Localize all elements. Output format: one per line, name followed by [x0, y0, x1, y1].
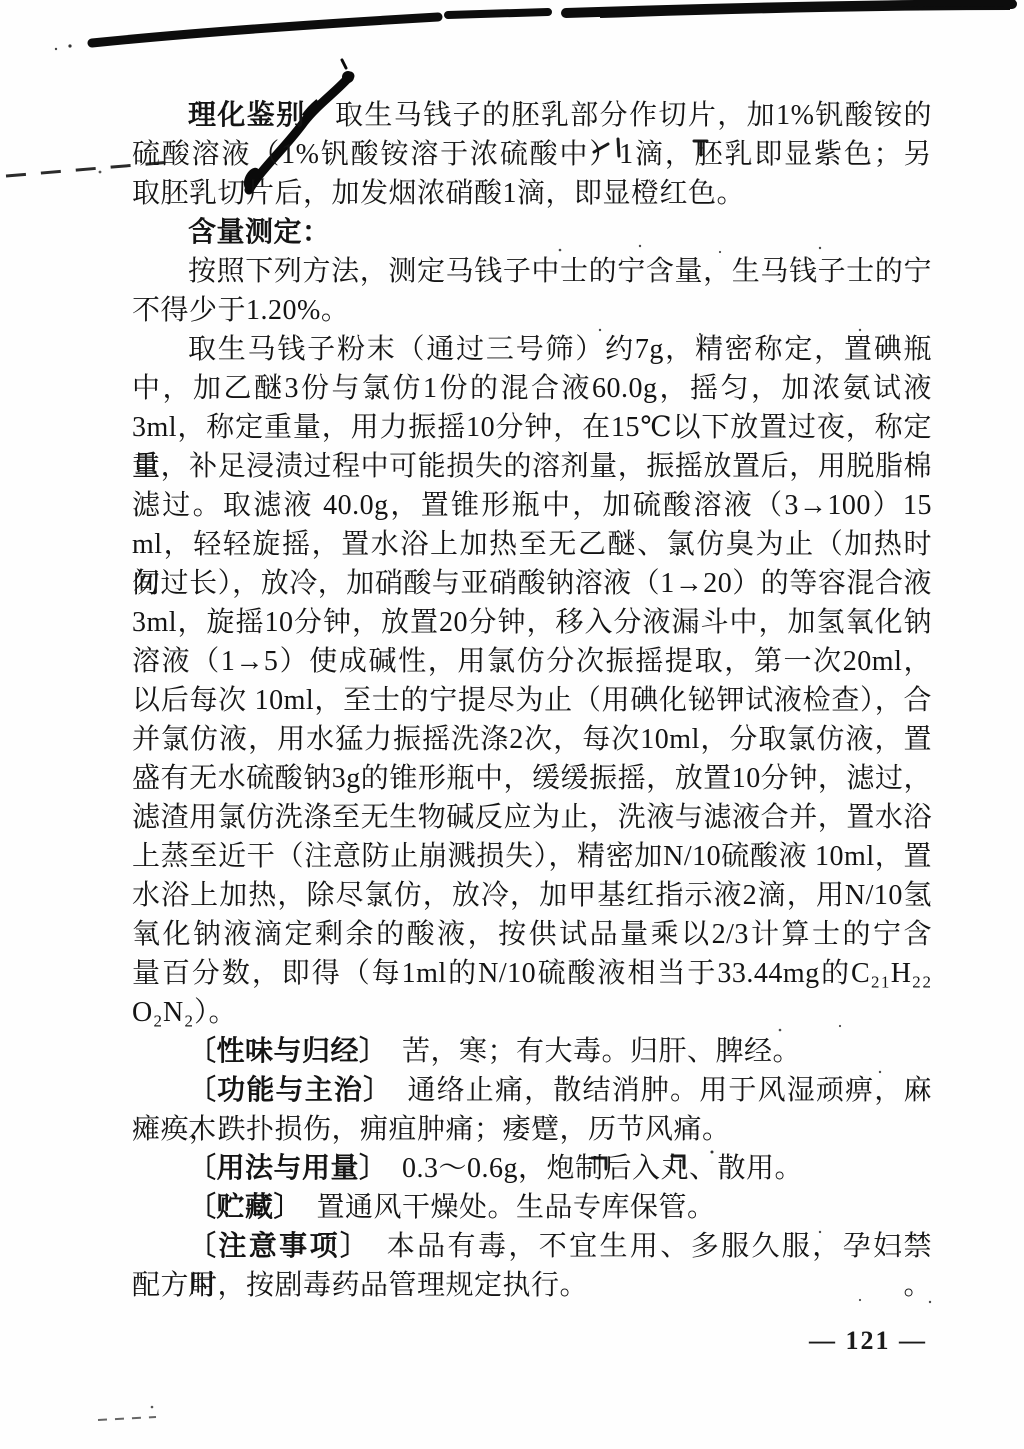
line-text: 滤渣用氯仿洗涤至无生物碱反应为止，洗液与滤液合并，置水浴: [132, 802, 932, 833]
text-line: 硫酸溶液（1%钒酸铵溶于浓硫酸中）1滴，胚乳即显紫色；另: [132, 135, 932, 174]
line-text: 取生马钱子粉末（通过三号筛）约7g，精密称定，置碘瓶: [188, 334, 932, 365]
line-text: 氧化钠液滴定剩余的酸液，按供试品量乘以2/3计算士的宁含: [132, 919, 932, 950]
text-line: 〔用法与用量〕 0.3～0.6g，炮制后入丸、散用。: [132, 1149, 932, 1188]
line-text: 置通风干燥处。生品专库保管。: [288, 1192, 716, 1223]
line-text: 硫酸溶液（1%钒酸铵溶于浓硫酸中）1滴，胚乳即显紫色；另: [132, 139, 932, 170]
text-line: 3ml，旋摇10分钟，放置20分钟，移入分液漏斗中，加氢氧化钠: [132, 603, 932, 642]
line-text: 按照下列方法，测定马钱子中士的宁含量，生马钱子士的宁: [188, 256, 932, 287]
line-text: 水浴上加热，除尽氯仿，放冷，加甲基红指示液2滴，用N/10氢: [132, 880, 932, 911]
line-text: 上蒸至近干（注意防止崩溅损失），精密加N/10硫酸液 10ml，置: [132, 841, 932, 872]
section-label: 〔性味与归经〕: [188, 1036, 374, 1067]
line-text: 苦，寒；有大毒。归肝、脾经。: [374, 1036, 802, 1067]
text-line: O₂N₂）。: [132, 993, 932, 1032]
text-line: 〔性味与归经〕 苦，寒；有大毒。归肝、脾经。: [132, 1032, 932, 1071]
line-text: 量，补足浸渍过程中可能损失的溶剂量，振摇放置后，用脱脂棉: [132, 451, 932, 482]
text-line: ml，轻轻旋摇，置水浴上加热至无乙醚、氯仿臭为止（加热时间: [132, 525, 932, 564]
text-line: 3ml，称定重量，用力振摇10分钟，在15℃以下放置过夜，称定重: [132, 408, 932, 447]
line-text: 取胚乳切片后，加发烟浓硝酸1滴，即显橙红色。: [132, 178, 745, 209]
text-line: 理化鉴别 取生马钱子的胚乳部分作切片，加1%钒酸铵的: [132, 96, 932, 135]
line-text: 3ml，旋摇10分钟，放置20分钟，移入分液漏斗中，加氢氧化钠: [132, 607, 932, 638]
text-line: 取生马钱子粉末（通过三号筛）约7g，精密称定，置碘瓶: [132, 330, 932, 369]
line-text: 盛有无水硫酸钠3g的锥形瓶中，缓缓振摇，放置10分钟，滤过，: [132, 763, 932, 794]
line-text: 不得少于1.20%。: [132, 295, 349, 326]
text-line: 〔功能与主治〕 通络止痛，散结消肿。用于风湿顽痹，麻木: [132, 1071, 932, 1110]
text-line: 量百分数，即得（每1ml的N/10硫酸液相当于33.44mg的C₂₁H₂₂: [132, 954, 932, 993]
page-number: — 121 —: [809, 1326, 927, 1356]
line-text: 勿过长），放冷，加硝酸与亚硝酸钠溶液（1→20）的等容混合液: [132, 568, 932, 599]
line-text: 以后每次 10ml，至士的宁提尽为止（用碘化铋钾试液检查），合: [132, 685, 932, 716]
line-text: 量百分数，即得（每1ml的N/10硫酸液相当于33.44mg的C₂₁H₂₂: [132, 958, 932, 989]
text-line: 并氯仿液，用水猛力振摇洗涤2次，每次10ml，分取氯仿液，置: [132, 720, 932, 759]
scan-artifact-bottom-dashes: [98, 1406, 156, 1420]
text-line: 上蒸至近干（注意防止崩溅损失），精密加N/10硫酸液 10ml，置: [132, 837, 932, 876]
section-label: 理化鉴别: [188, 100, 306, 131]
line-text: 瘫痪，跌扑损伤，痈疽肿痛；痿躄，历节风痛。: [132, 1114, 731, 1145]
text-line: 滤过。取滤液 40.0g，置锥形瓶中，加硫酸溶液（3→100）15: [132, 486, 932, 525]
text-line: 按照下列方法，测定马钱子中士的宁含量，生马钱子士的宁: [132, 252, 932, 291]
text-line: 〔注意事项〕 本品有毒，不宜生用、多服久服，孕妇禁用。: [132, 1227, 932, 1266]
text-line: 滤渣用氯仿洗涤至无生物碱反应为止，洗液与滤液合并，置水浴: [132, 798, 932, 837]
line-text: 取生马钱子的胚乳部分作切片，加1%钒酸铵的: [306, 100, 932, 131]
line-text: 配方时，按剧毒药品管理规定执行。: [132, 1270, 588, 1301]
section-label: 含量测定：: [188, 217, 331, 248]
line-text: O₂N₂）。: [132, 997, 237, 1028]
text-line: 盛有无水硫酸钠3g的锥形瓶中，缓缓振摇，放置10分钟，滤过，: [132, 759, 932, 798]
line-text: 溶液（1→5）使成碱性，用氯仿分次振摇提取，第一次20ml，: [132, 646, 932, 677]
section-label: 〔功能与主治〕: [188, 1075, 378, 1106]
text-line: 勿过长），放冷，加硝酸与亚硝酸钠溶液（1→20）的等容混合液: [132, 564, 932, 603]
section-label: 〔贮藏〕: [188, 1192, 288, 1223]
scanned-document-page: 理化鉴别 取生马钱子的胚乳部分作切片，加1%钒酸铵的硫酸溶液（1%钒酸铵溶于浓硫…: [0, 0, 1024, 1449]
text-line: 〔贮藏〕 置通风干燥处。生品专库保管。: [132, 1188, 932, 1227]
text-block: 理化鉴别 取生马钱子的胚乳部分作切片，加1%钒酸铵的硫酸溶液（1%钒酸铵溶于浓硫…: [132, 96, 932, 1305]
text-line: 水浴上加热，除尽氯仿，放冷，加甲基红指示液2滴，用N/10氢: [132, 876, 932, 915]
section-label: 〔注意事项〕: [188, 1231, 356, 1262]
text-line: 不得少于1.20%。: [132, 291, 932, 330]
scan-artifact-top-streak: [55, 4, 1012, 50]
text-line: 量，补足浸渍过程中可能损失的溶剂量，振摇放置后，用脱脂棉: [132, 447, 932, 486]
text-line: 氧化钠液滴定剩余的酸液，按供试品量乘以2/3计算士的宁含: [132, 915, 932, 954]
text-line: 溶液（1→5）使成碱性，用氯仿分次振摇提取，第一次20ml，: [132, 642, 932, 681]
line-text: 中，加乙醚3份与氯仿1份的混合液60.0g，摇匀，加浓氨试液: [132, 373, 932, 404]
text-line: 取胚乳切片后，加发烟浓硝酸1滴，即显橙红色。: [132, 174, 932, 213]
line-text: 并氯仿液，用水猛力振摇洗涤2次，每次10ml，分取氯仿液，置: [132, 724, 932, 755]
line-text: 滤过。取滤液 40.0g，置锥形瓶中，加硫酸溶液（3→100）15: [132, 490, 932, 521]
text-line: 以后每次 10ml，至士的宁提尽为止（用碘化铋钾试液检查），合: [132, 681, 932, 720]
text-line: 中，加乙醚3份与氯仿1份的混合液60.0g，摇匀，加浓氨试液: [132, 369, 932, 408]
line-text: 0.3～0.6g，炮制后入丸、散用。: [374, 1153, 804, 1184]
section-heading: 含量测定：: [132, 213, 932, 252]
section-label: 〔用法与用量〕: [188, 1153, 374, 1184]
text-line: 瘫痪，跌扑损伤，痈疽肿痛；痿躄，历节风痛。: [132, 1110, 932, 1149]
